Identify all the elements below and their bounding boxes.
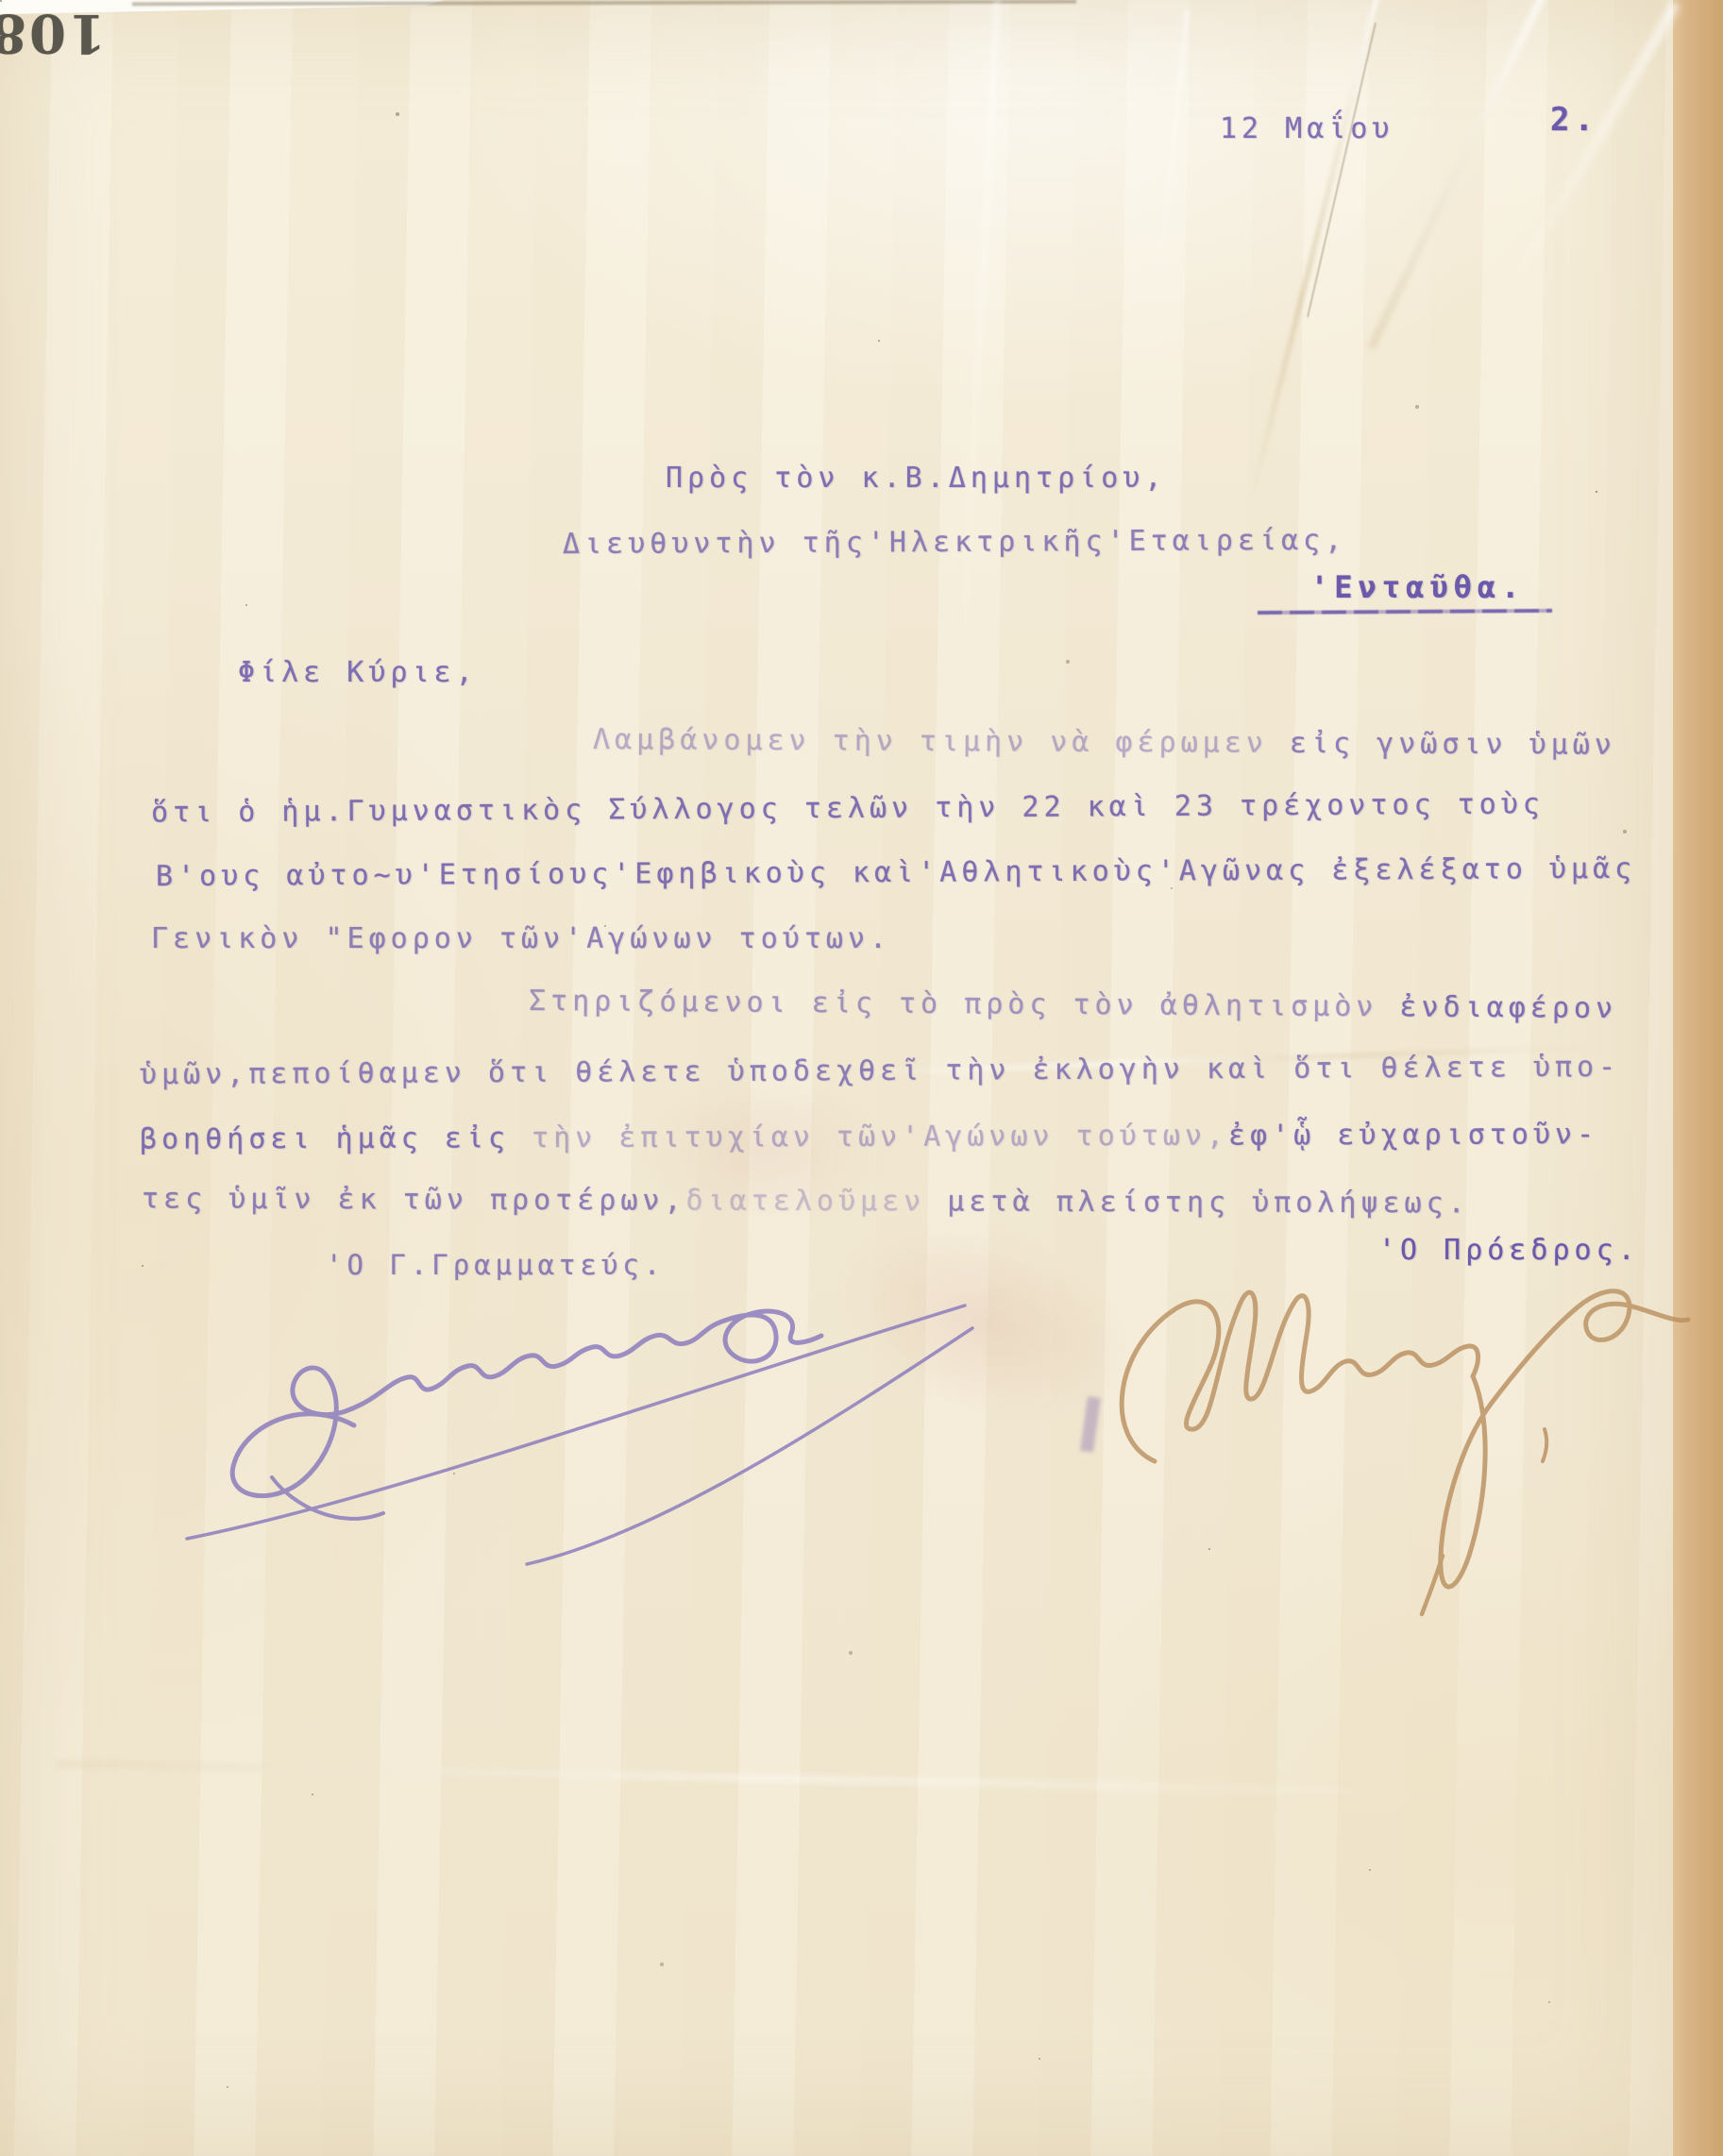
body-text: τες ὑμῖν ἐκ τῶν προτέρων, xyxy=(142,1183,686,1218)
body-text: ἐνδιαφέρον xyxy=(1399,990,1617,1025)
body-line: βοηθήσει ἡμᾶς εἰς τὴν ἐπιτυχίαν τῶν'Αγών… xyxy=(140,1120,1598,1154)
fold-crease xyxy=(57,1760,1473,1796)
letter-page: 108 12 Μαΐου 2. Πρὸς τὸν κ.Β.Δημητρίου, … xyxy=(0,0,1673,2156)
president-signature xyxy=(1065,1244,1698,1622)
backing-card-edge xyxy=(1666,0,1723,2156)
page-number-stamp: 108 xyxy=(2,4,106,64)
fold-crease xyxy=(1307,23,1377,317)
body-line: Στηριζόμενοι εἰς τὸ πρὸς τὸν ἀθλητισμὸν … xyxy=(529,987,1617,1023)
body-line: ὑμῶν,πεποίθαμεν ὅτι θέλετε ὑποδεχθεῖ τὴν… xyxy=(140,1053,1620,1089)
body-line: ὅτι ὁ ἡμ.Γυμναστικὸς Σύλλογος τελῶν τὴν … xyxy=(151,790,1545,827)
secretary-signature xyxy=(160,1260,1001,1572)
fold-crease xyxy=(960,0,1001,660)
body-text: βοηθήσει ἡμᾶς εἰς xyxy=(140,1121,532,1155)
body-text: εἰς γνῶσιν ὑμῶν xyxy=(1290,727,1616,762)
letter-scan: 108 12 Μαΐου 2. Πρὸς τὸν κ.Β.Δημητρίου, … xyxy=(0,0,1723,2156)
page-number: 2. xyxy=(1550,104,1598,136)
body-line: Γενικὸν "Εφορον τῶν'Αγώνων τούτων. xyxy=(151,925,891,953)
body-text: τὴν ἐπιτυχίαν τῶν'Αγώνων τούτων, xyxy=(532,1120,1228,1155)
body-text: Λαμβάνομεν τὴν τιμὴν νὰ φέρωμεν xyxy=(593,723,1290,760)
body-line: τες ὑμῖν ἐκ τῶν προτέρων,διατελοῦμεν μετ… xyxy=(142,1186,1470,1219)
body-text: διατελοῦμεν xyxy=(685,1185,925,1219)
date-text: 12 Μαΐου xyxy=(1220,115,1394,143)
fold-crease xyxy=(1502,2,1681,301)
paper-top-edge-shadow xyxy=(132,0,1076,6)
salutation: Φίλε Κύριε, xyxy=(238,659,478,687)
body-text: ἐφ'ᾧ εὐχαριστοῦν- xyxy=(1228,1118,1598,1152)
fold-crease xyxy=(1156,10,1189,293)
body-text: μετὰ πλείστης ὑπολήψεως. xyxy=(925,1185,1470,1220)
body-text: Στηριζόμενοι εἰς τὸ πρὸς τὸν ἀθλητισμὸν xyxy=(529,985,1400,1023)
recipient-line-2: Διευθυντὴν τῆς'Ηλεκτρικῆς'Εταιρείας, xyxy=(563,527,1346,559)
recipient-line-1: Πρὸς τὸν κ.Β.Δημητρίου, xyxy=(666,464,1166,493)
fold-crease xyxy=(1248,0,1380,502)
recipient-place: 'Ενταῦθα. xyxy=(1310,572,1525,602)
place-underline xyxy=(1258,609,1552,615)
body-line: Λαμβάνομεν τὴν τιμὴν νὰ φέρωμεν εἰς γνῶσ… xyxy=(593,726,1616,760)
fold-crease xyxy=(1367,0,1547,350)
body-line: Β'ους αὐτο~υ'Ετησίους'Εφηβικοὺς καὶ'Αθλη… xyxy=(156,855,1636,891)
